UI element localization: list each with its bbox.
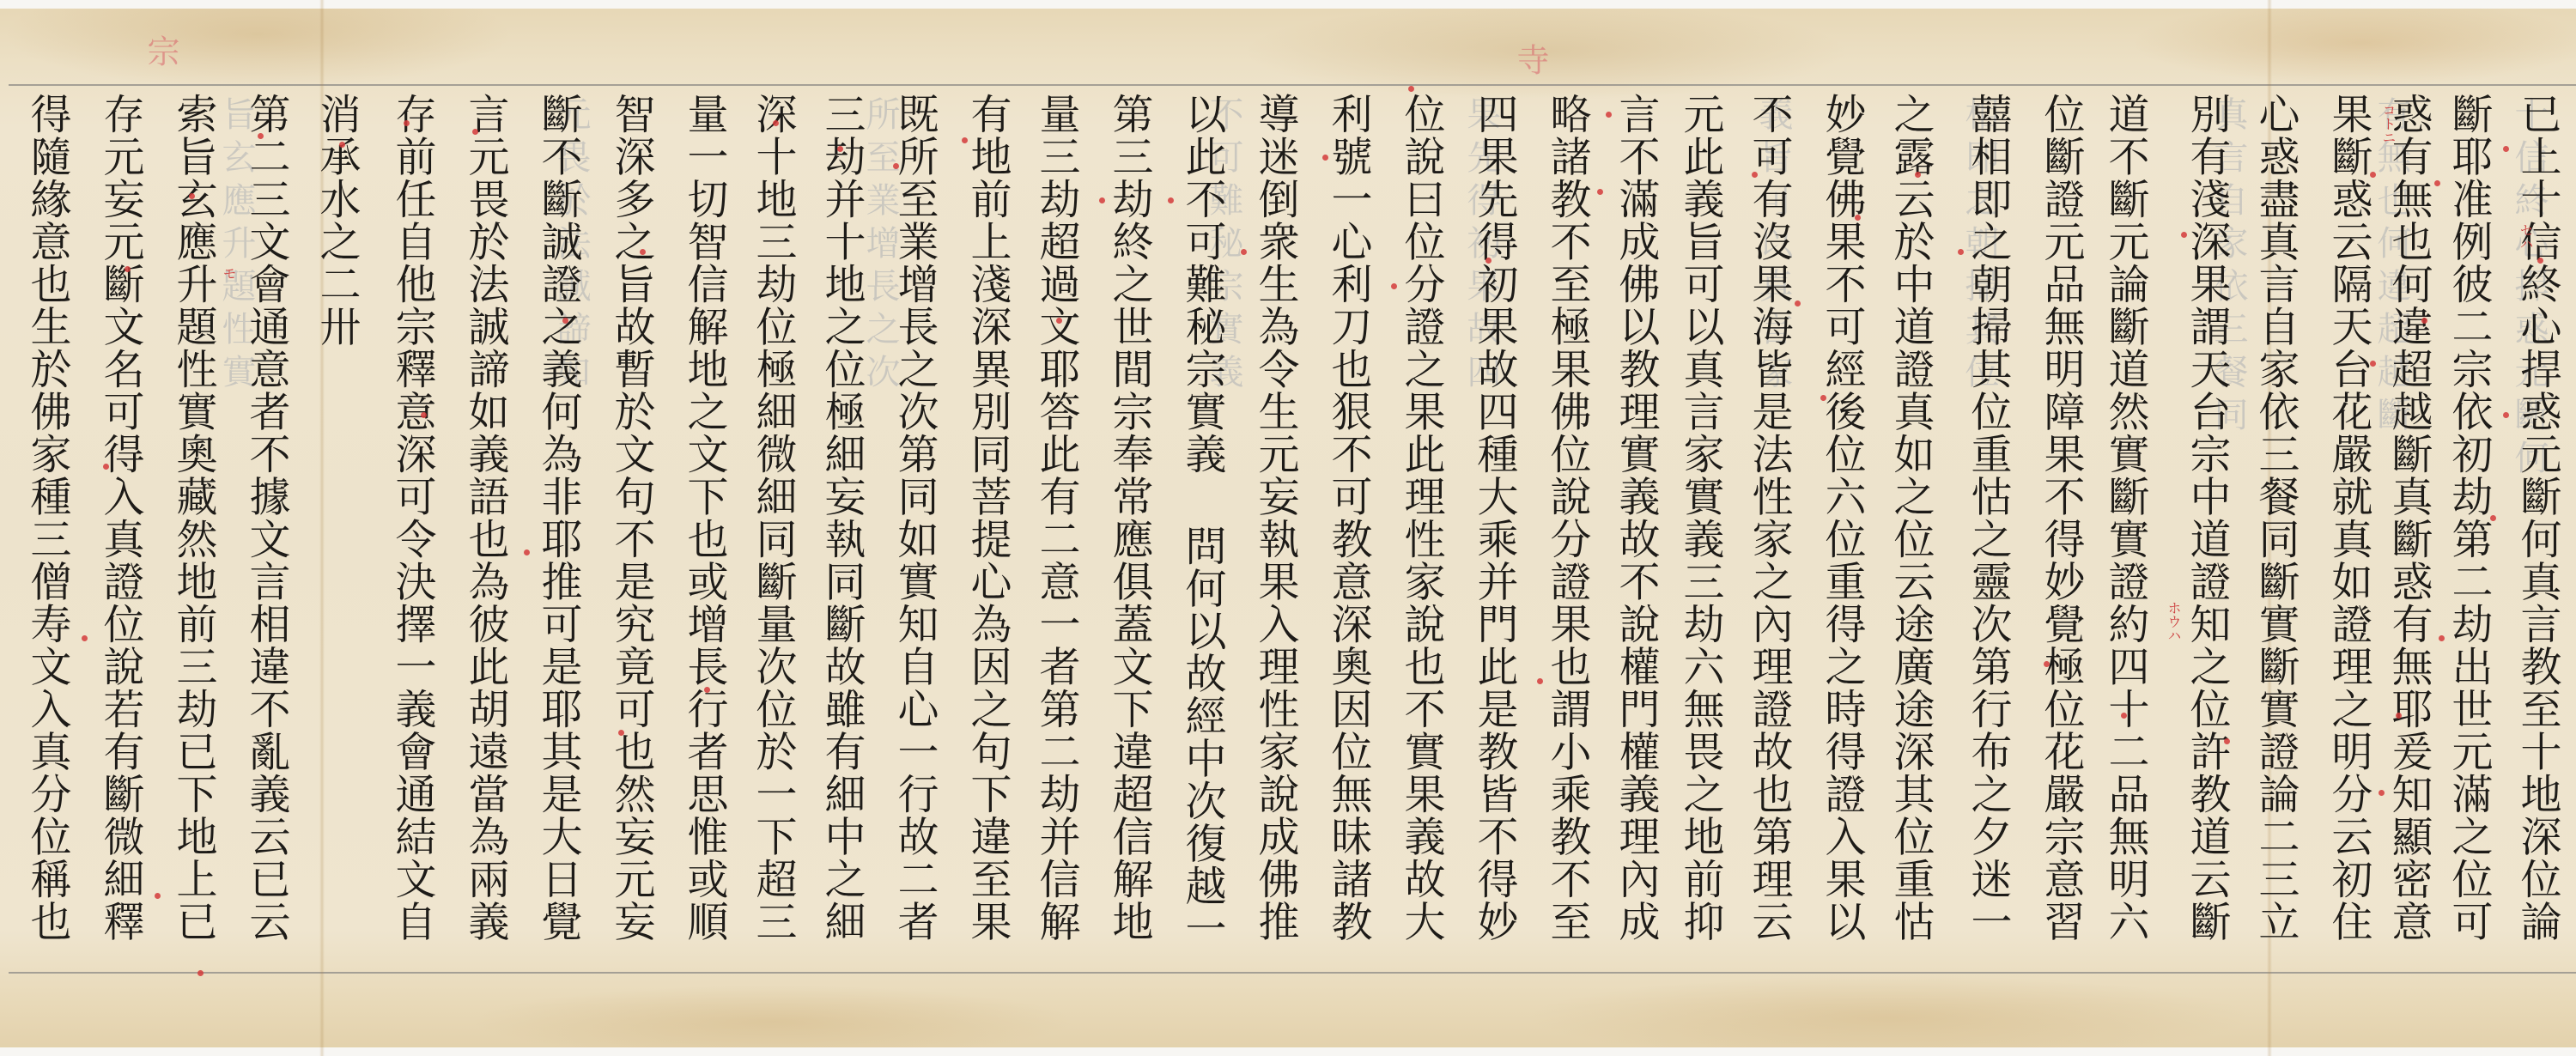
red-punctuation-dot	[2044, 661, 2050, 667]
text-column-36: 得隨緣意也生於佛家種三僧寿文入真分位稱也已作十	[21, 93, 73, 968]
red-punctuation-dot	[1795, 300, 1801, 306]
text-column-21: 第三劫終之世間宗奉常應俱蓋文下違超信解地文略	[1103, 93, 1155, 968]
red-punctuation-dot	[618, 730, 624, 736]
text-column-35: 存元妄元斷文名可得入真證位說若有斷微細釋可後	[94, 93, 146, 968]
red-kana-gloss: モ	[219, 266, 239, 280]
red-seal-stamp: 宗	[137, 34, 185, 67]
text-column-18: 利號一心利刀也狠不可教意深奧因位無昧諸教無旨	[1322, 93, 1374, 968]
red-punctuation-dot	[893, 163, 899, 169]
red-punctuation-dot	[640, 249, 646, 255]
text-column-26: 深十地三劫位極細微細同斷量次位於一下超三劫終	[747, 93, 799, 968]
red-kana-gloss: セハ	[2516, 223, 2536, 251]
manuscript-scroll: 宗 寺 十信終心捍惑元斷何 有無也何違超越斷 真言自家依三餐同 相即之朝掃其位 …	[0, 0, 2576, 1056]
red-punctuation-dot	[2181, 232, 2187, 238]
text-column-31: 存前任自他宗釋意深可令決擇一義會通結文自然可	[386, 93, 438, 968]
red-punctuation-dot	[2370, 361, 2376, 367]
red-punctuation-dot	[404, 120, 410, 126]
text-column-4: 果斷惑云隔天台花嚴就真如證理之明分云初住與終	[2323, 93, 2374, 968]
text-column-3: 惑有無也何違超越斷真斷惑有無耶爰知顯密意	[2383, 93, 2434, 968]
text-column-15: 略諸教不至極果佛位說分證果也謂小乘教不至第	[1541, 93, 1593, 968]
red-punctuation-dot	[189, 193, 195, 199]
red-punctuation-dot	[155, 893, 161, 899]
red-punctuation-dot	[421, 412, 427, 418]
text-column-7: 道不斷元論斷道然實斷實證約四十二品無明六元後	[2099, 93, 2151, 968]
red-punctuation-dot	[1606, 112, 1612, 118]
text-column-12: 不可有沒果海皆是法性家之內理證故也第理云立一	[1743, 93, 1795, 968]
red-punctuation-dot	[1391, 283, 1397, 289]
red-punctuation-dot	[2224, 738, 2230, 744]
red-kana-gloss: コトニ	[2379, 103, 2398, 144]
red-punctuation-dot	[962, 137, 968, 143]
red-punctuation-dot	[2439, 635, 2445, 641]
red-punctuation-dot	[773, 120, 779, 126]
red-punctuation-dot	[82, 635, 88, 641]
red-punctuation-dot	[125, 266, 131, 272]
paper-top-edge	[0, 0, 2576, 9]
red-punctuation-dot	[103, 464, 109, 470]
text-column-29: 斷不斷誠證之義何為非耶推可是耶其是大日覺王金	[532, 93, 584, 968]
red-seal-stamp: 寺	[1507, 43, 1554, 76]
red-punctuation-dot	[2434, 180, 2440, 186]
text-column-32: 消承水之二卅	[311, 93, 362, 968]
red-punctuation-dot	[472, 129, 478, 135]
red-punctuation-dot	[1408, 86, 1414, 92]
red-punctuation-dot	[1855, 215, 1861, 221]
text-column-10: 之露云於中道證真如之位云途廣途深其位重怙實得	[1885, 93, 1936, 968]
red-punctuation-dot	[1241, 249, 1247, 255]
red-punctuation-dot	[1168, 197, 1174, 203]
red-punctuation-dot	[1597, 189, 1603, 195]
red-punctuation-dot	[2370, 172, 2376, 178]
red-punctuation-dot	[2537, 258, 2543, 264]
red-punctuation-dot	[258, 133, 264, 139]
red-punctuation-dot	[1099, 197, 1105, 203]
paper-bottom-edge	[0, 1047, 2576, 1056]
red-punctuation-dot	[1958, 249, 1964, 255]
red-punctuation-dot	[2421, 318, 2427, 324]
text-column-16: 四果先得初果故四種大乘并門此是教皆不得妙覺果	[1468, 93, 1520, 968]
red-punctuation-dot	[2503, 146, 2509, 152]
red-punctuation-dot	[1752, 172, 1758, 178]
red-kana-gloss: ホウハ	[2164, 601, 2184, 642]
text-column-25: 三劫并十地之位極細妄執同斷故雖有細中之細惑淺	[816, 93, 867, 968]
text-column-28: 智深多之旨故暫於文句不是究竟可也然妄元妄之疏文	[605, 93, 657, 968]
text-column-5: 心惑盡真言自家依三餐同斷實斷實證論二三立合	[2250, 93, 2301, 968]
red-punctuation-dot	[1056, 318, 1062, 324]
text-column-2: 斷耶准例彼二宗依初劫第二劫出世元滿之位可論斷	[2443, 93, 2494, 968]
text-column-17: 位說曰位分證之果此理性家說也不實果義故大師說	[1395, 93, 1447, 968]
text-column-8: 位斷證元品無明障果不得妙覺極位花嚴宗意習	[2035, 93, 2087, 968]
text-column-20: 以此不可難秘宗實義 問何以故經中次復越一劫今可量	[1176, 93, 1228, 968]
red-punctuation-dot	[524, 549, 530, 555]
text-column-34: 索旨玄應升題性實奧藏然地前三劫已下地上已之間	[167, 93, 219, 968]
text-column-27: 量一切智信解地之文下也或增長行者思惟或順亦佛	[678, 93, 730, 968]
text-column-14: 言不滿成佛以教理實義故不說權門權義理內成佛淺	[1610, 93, 1662, 968]
text-column-24: 既所至業增長之次第同如實知自心一行故二者第	[889, 93, 940, 968]
text-column-33: 第二三文會通意者不據文言相違不亂義云已云既脫微	[240, 93, 292, 968]
text-column-23: 有地前上淺深異別同菩提心為因之句下違至果滿	[962, 93, 1013, 968]
text-column-6: 別有淺深果謂天台宗中道證知之位許教道云斷證	[2181, 93, 2233, 968]
text-column-9: 囍相即之朝掃其位重怙之靈次第行布之夕迷一百一十	[1962, 93, 2014, 968]
text-column-22: 量三劫超過文耶答此有二意一者第二劫并信解地雖	[1030, 93, 1082, 968]
red-punctuation-dot	[562, 318, 568, 324]
red-punctuation-dot	[1915, 172, 1921, 178]
text-column-11: 妙覺佛果不可經後位六位重得之時得證入果以當來世	[1816, 93, 1868, 968]
red-punctuation-dot	[2379, 790, 2385, 796]
red-punctuation-dot	[2490, 515, 2496, 521]
text-column-30: 言元畏於法誠諦如義語也為彼此胡遠當為兩義云	[459, 93, 511, 968]
bottom-ruled-line	[9, 972, 2576, 974]
red-punctuation-dot	[837, 146, 843, 152]
text-column-13: 元此義旨可以真言家實義三劫六無畏之地前抑立不	[1674, 93, 1726, 968]
red-punctuation-dot	[2396, 713, 2402, 719]
red-punctuation-dot	[704, 687, 710, 693]
red-punctuation-dot	[1537, 678, 1543, 684]
text-column-19: 導迷倒衆生為令生元妄執果入理性家說成佛推果	[1249, 93, 1301, 968]
red-punctuation-dot	[2503, 412, 2509, 418]
red-punctuation-dot	[197, 970, 204, 976]
red-punctuation-dot	[2121, 713, 2127, 719]
red-punctuation-dot	[339, 142, 345, 148]
red-punctuation-dot	[1820, 395, 1826, 401]
top-ruled-line	[9, 84, 2576, 86]
red-punctuation-dot	[1485, 258, 1492, 264]
red-punctuation-dot	[1322, 155, 1328, 161]
